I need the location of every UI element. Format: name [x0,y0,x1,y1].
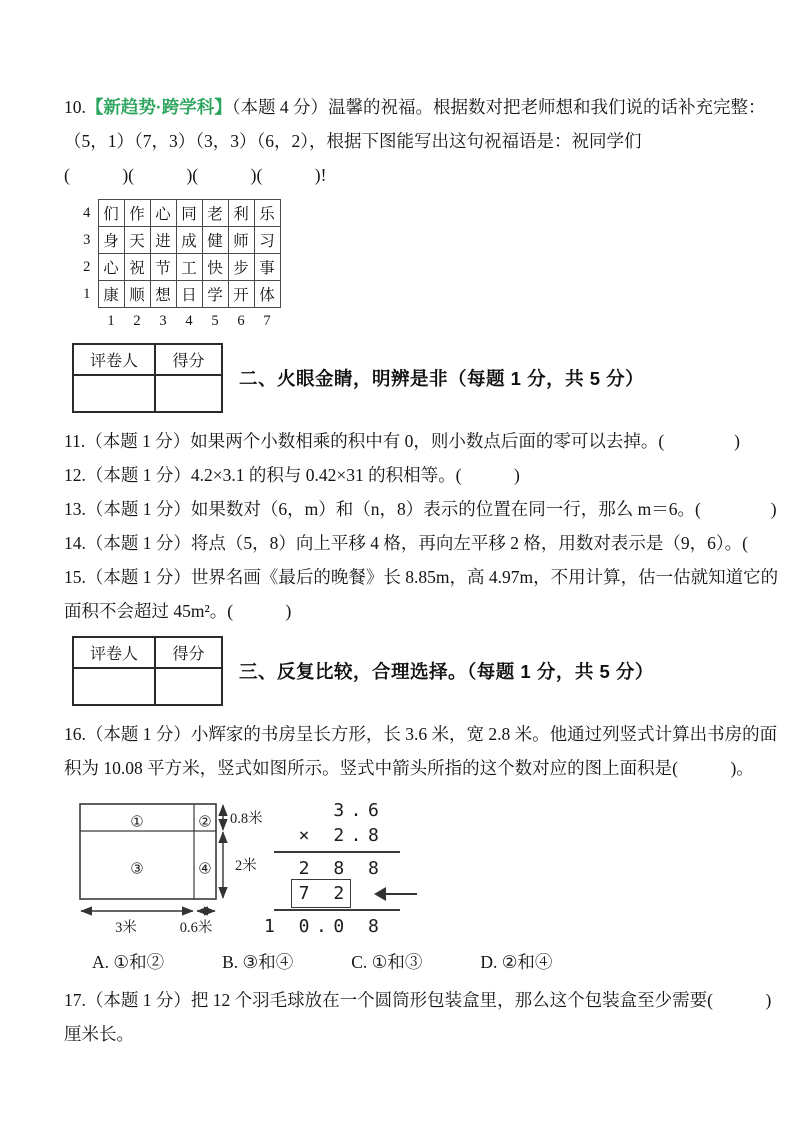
grid-cell: 天 [124,227,150,254]
vertical-multiplication: 3.6 × 2.8 2 8 8 7 2 1 0.0 8 [264,798,442,939]
q10-blanks-line: ( )( )( )( )! [64,158,735,192]
dim-label-right-width: 0.6米 [180,919,213,936]
grid-cell: 日 [176,281,202,308]
grid-cell: 想 [150,281,176,308]
region-2-label: ② [198,814,211,830]
exam-page: 10.【新趋势·跨学科】（本题 4 分）温馨的祝福。根据数对把老师想和我们说的话… [0,0,793,1051]
grid-cell: 快 [202,254,228,281]
grid-col-labels: 1 2 3 4 5 6 7 [76,308,280,335]
grid-cell: 工 [176,254,202,281]
grid-corner [76,308,98,335]
grid-row-label: 1 [76,281,98,308]
pointer-arrow-icon [374,887,386,901]
grid-cell: 心 [98,254,124,281]
q16-line1: 16.（本题 1 分）小辉家的书房呈长方形，长 3.6 米，宽 2.8 米。他通… [64,717,735,751]
question-14: 14.（本题 1 分）将点（5，8）向上平移 4 格，再向左平移 2 格，用数对… [64,526,735,560]
question-17: 17.（本题 1 分）把 12 个羽毛球放在一个圆筒形包装盒里，那么这个包装盒至… [64,983,735,1051]
mult-rule-2 [274,909,400,911]
q10-trend-tag: 【新趋势·跨学科】 [86,97,232,117]
grader-blank-cell [73,375,155,412]
question-13: 13.（本题 1 分）如果数对（6，m）和（n，8）表示的位置在同一行，那么 m… [64,492,735,526]
score-label: 得分 [155,637,222,668]
grid-col-label: 6 [228,308,254,335]
character-grid: 4 们 作 心 同 老 利 乐 3 身 天 进 成 健 师 习 2 心 [76,199,281,335]
highlight-box-72 [291,879,351,908]
dim-label-top-height: 0.8米 [230,810,263,827]
grader-label: 评卷人 [73,637,155,668]
room-outline [80,804,216,899]
grid-cell: 步 [228,254,254,281]
grader-score-box-2: 评卷人 得分 [72,636,223,706]
q10-intro: （本题 4 分）温馨的祝福。根据数对把老师想和我们说的话补充完整： [232,97,766,117]
grid-row-3: 3 身 天 进 成 健 师 习 [76,227,280,254]
grid-row-label: 3 [76,227,98,254]
mult-multiplier: × 2.8 [264,823,442,848]
grid-col-label: 4 [176,308,202,335]
grid-col-label: 5 [202,308,228,335]
question-10: 10.【新趋势·跨学科】（本题 4 分）温馨的祝福。根据数对把老师想和我们说的话… [64,90,735,335]
region-4-label: ④ [198,861,211,877]
question-12: 12.（本题 1 分）4.2×3.1 的积与 0.42×31 的积相等。( ) [64,458,735,492]
grid-cell: 学 [202,281,228,308]
section-2-header: 评卷人 得分 二、火眼金睛，明辨是非（每题 1 分，共 5 分） [64,343,735,413]
score-blank-cell [155,375,222,412]
option-d: D. ②和④ [480,947,552,977]
score-label: 得分 [155,344,222,375]
score-blank-cell [155,668,222,705]
grader-blank-cell [73,668,155,705]
section-3-header: 评卷人 得分 三、反复比较，合理选择。（每题 1 分，共 5 分） [64,636,735,706]
pointer-arrow-line [385,893,417,895]
region-3-label: ③ [130,861,143,877]
q16-line2: 积为 10.08 平方米，竖式如图所示。竖式中箭头所指的这个数对应的图上面积是(… [64,751,735,785]
question-15-line2: 面积不会超过 45m²。( ) [64,594,735,628]
dim-label-left-width: 3米 [115,919,137,936]
grader-score-box-1: 评卷人 得分 [72,343,223,413]
grid-row-label: 4 [76,200,98,227]
option-b: B. ③和④ [222,947,293,977]
score-box-header-row: 评卷人 得分 [73,344,222,375]
grid-row-label: 2 [76,254,98,281]
q16-options: A. ①和② B. ③和④ C. ①和③ D. ②和④ [92,947,735,977]
option-c: C. ①和③ [351,947,422,977]
grid-col-label: 7 [254,308,280,335]
dim-label-bottom-height: 2米 [235,857,257,874]
true-false-questions: 11.（本题 1 分）如果两个小数相乘的积中有 0，则小数点后面的零可以去掉。(… [64,424,735,628]
mult-product: 1 0.0 8 [264,914,442,939]
grid-cell: 作 [124,200,150,227]
region-1-label: ① [130,814,143,830]
grid-cell: 祝 [124,254,150,281]
grid-cell: 师 [228,227,254,254]
grid-cell: 习 [254,227,280,254]
grid-cell: 同 [176,200,202,227]
grid-cell: 事 [254,254,280,281]
question-15-line1: 15.（本题 1 分）世界名画《最后的晚餐》长 8.85m，高 4.97m，不用… [64,560,735,594]
mult-rule-1 [274,851,400,853]
section-2-title: 二、火眼金睛，明辨是非（每题 1 分，共 5 分） [239,365,644,391]
grid-row-2: 2 心 祝 节 工 快 步 事 [76,254,280,281]
grid-row-1: 1 康 顺 想 日 学 开 体 [76,281,280,308]
grid-cell: 成 [176,227,202,254]
mult-partial-product-1: 2 8 8 [264,856,442,881]
grid-cell: 体 [254,281,280,308]
grid-cell: 老 [202,200,228,227]
grid-cell: 心 [150,200,176,227]
grid-cell: 顺 [124,281,150,308]
section-3-title: 三、反复比较，合理选择。（每题 1 分，共 5 分） [239,658,654,684]
q16-figure: ① ② ③ ④ 0.8米 2米 3米 0.6米 3.6 × 2.8 2 8 8 [72,798,735,939]
grid-cell: 利 [228,200,254,227]
grid-cell: 开 [228,281,254,308]
grid-cell: 康 [98,281,124,308]
grid-cell: 健 [202,227,228,254]
grid-cell: 们 [98,200,124,227]
score-box-empty-row [73,375,222,412]
grid-col-label: 1 [98,308,124,335]
grid-row-4: 4 们 作 心 同 老 利 乐 [76,200,280,227]
q10-line1: 10.【新趋势·跨学科】（本题 4 分）温馨的祝福。根据数对把老师想和我们说的话… [64,90,735,124]
grid-col-label: 3 [150,308,176,335]
mult-multiplicand: 3.6 [264,798,442,823]
q17-line2: 厘米长。 [64,1017,735,1051]
q10-number: 10. [64,97,86,117]
grid-cell: 乐 [254,200,280,227]
grid-cell: 进 [150,227,176,254]
q10-pairs-line: （5，1）（7，3）（3，3）（6，2），根据下图能写出这句祝福语是：祝同学们 [64,124,735,158]
grid-cell: 节 [150,254,176,281]
option-a: A. ①和② [92,947,164,977]
q17-line1: 17.（本题 1 分）把 12 个羽毛球放在一个圆筒形包装盒里，那么这个包装盒至… [64,983,735,1017]
room-diagram: ① ② ③ ④ 0.8米 2米 3米 0.6米 [72,798,262,938]
question-16: 16.（本题 1 分）小辉家的书房呈长方形，长 3.6 米，宽 2.8 米。他通… [64,717,735,977]
question-11: 11.（本题 1 分）如果两个小数相乘的积中有 0，则小数点后面的零可以去掉。(… [64,424,735,458]
grader-label: 评卷人 [73,344,155,375]
grid-cell: 身 [98,227,124,254]
grid-col-label: 2 [124,308,150,335]
score-box-empty-row [73,668,222,705]
score-box-header-row: 评卷人 得分 [73,637,222,668]
